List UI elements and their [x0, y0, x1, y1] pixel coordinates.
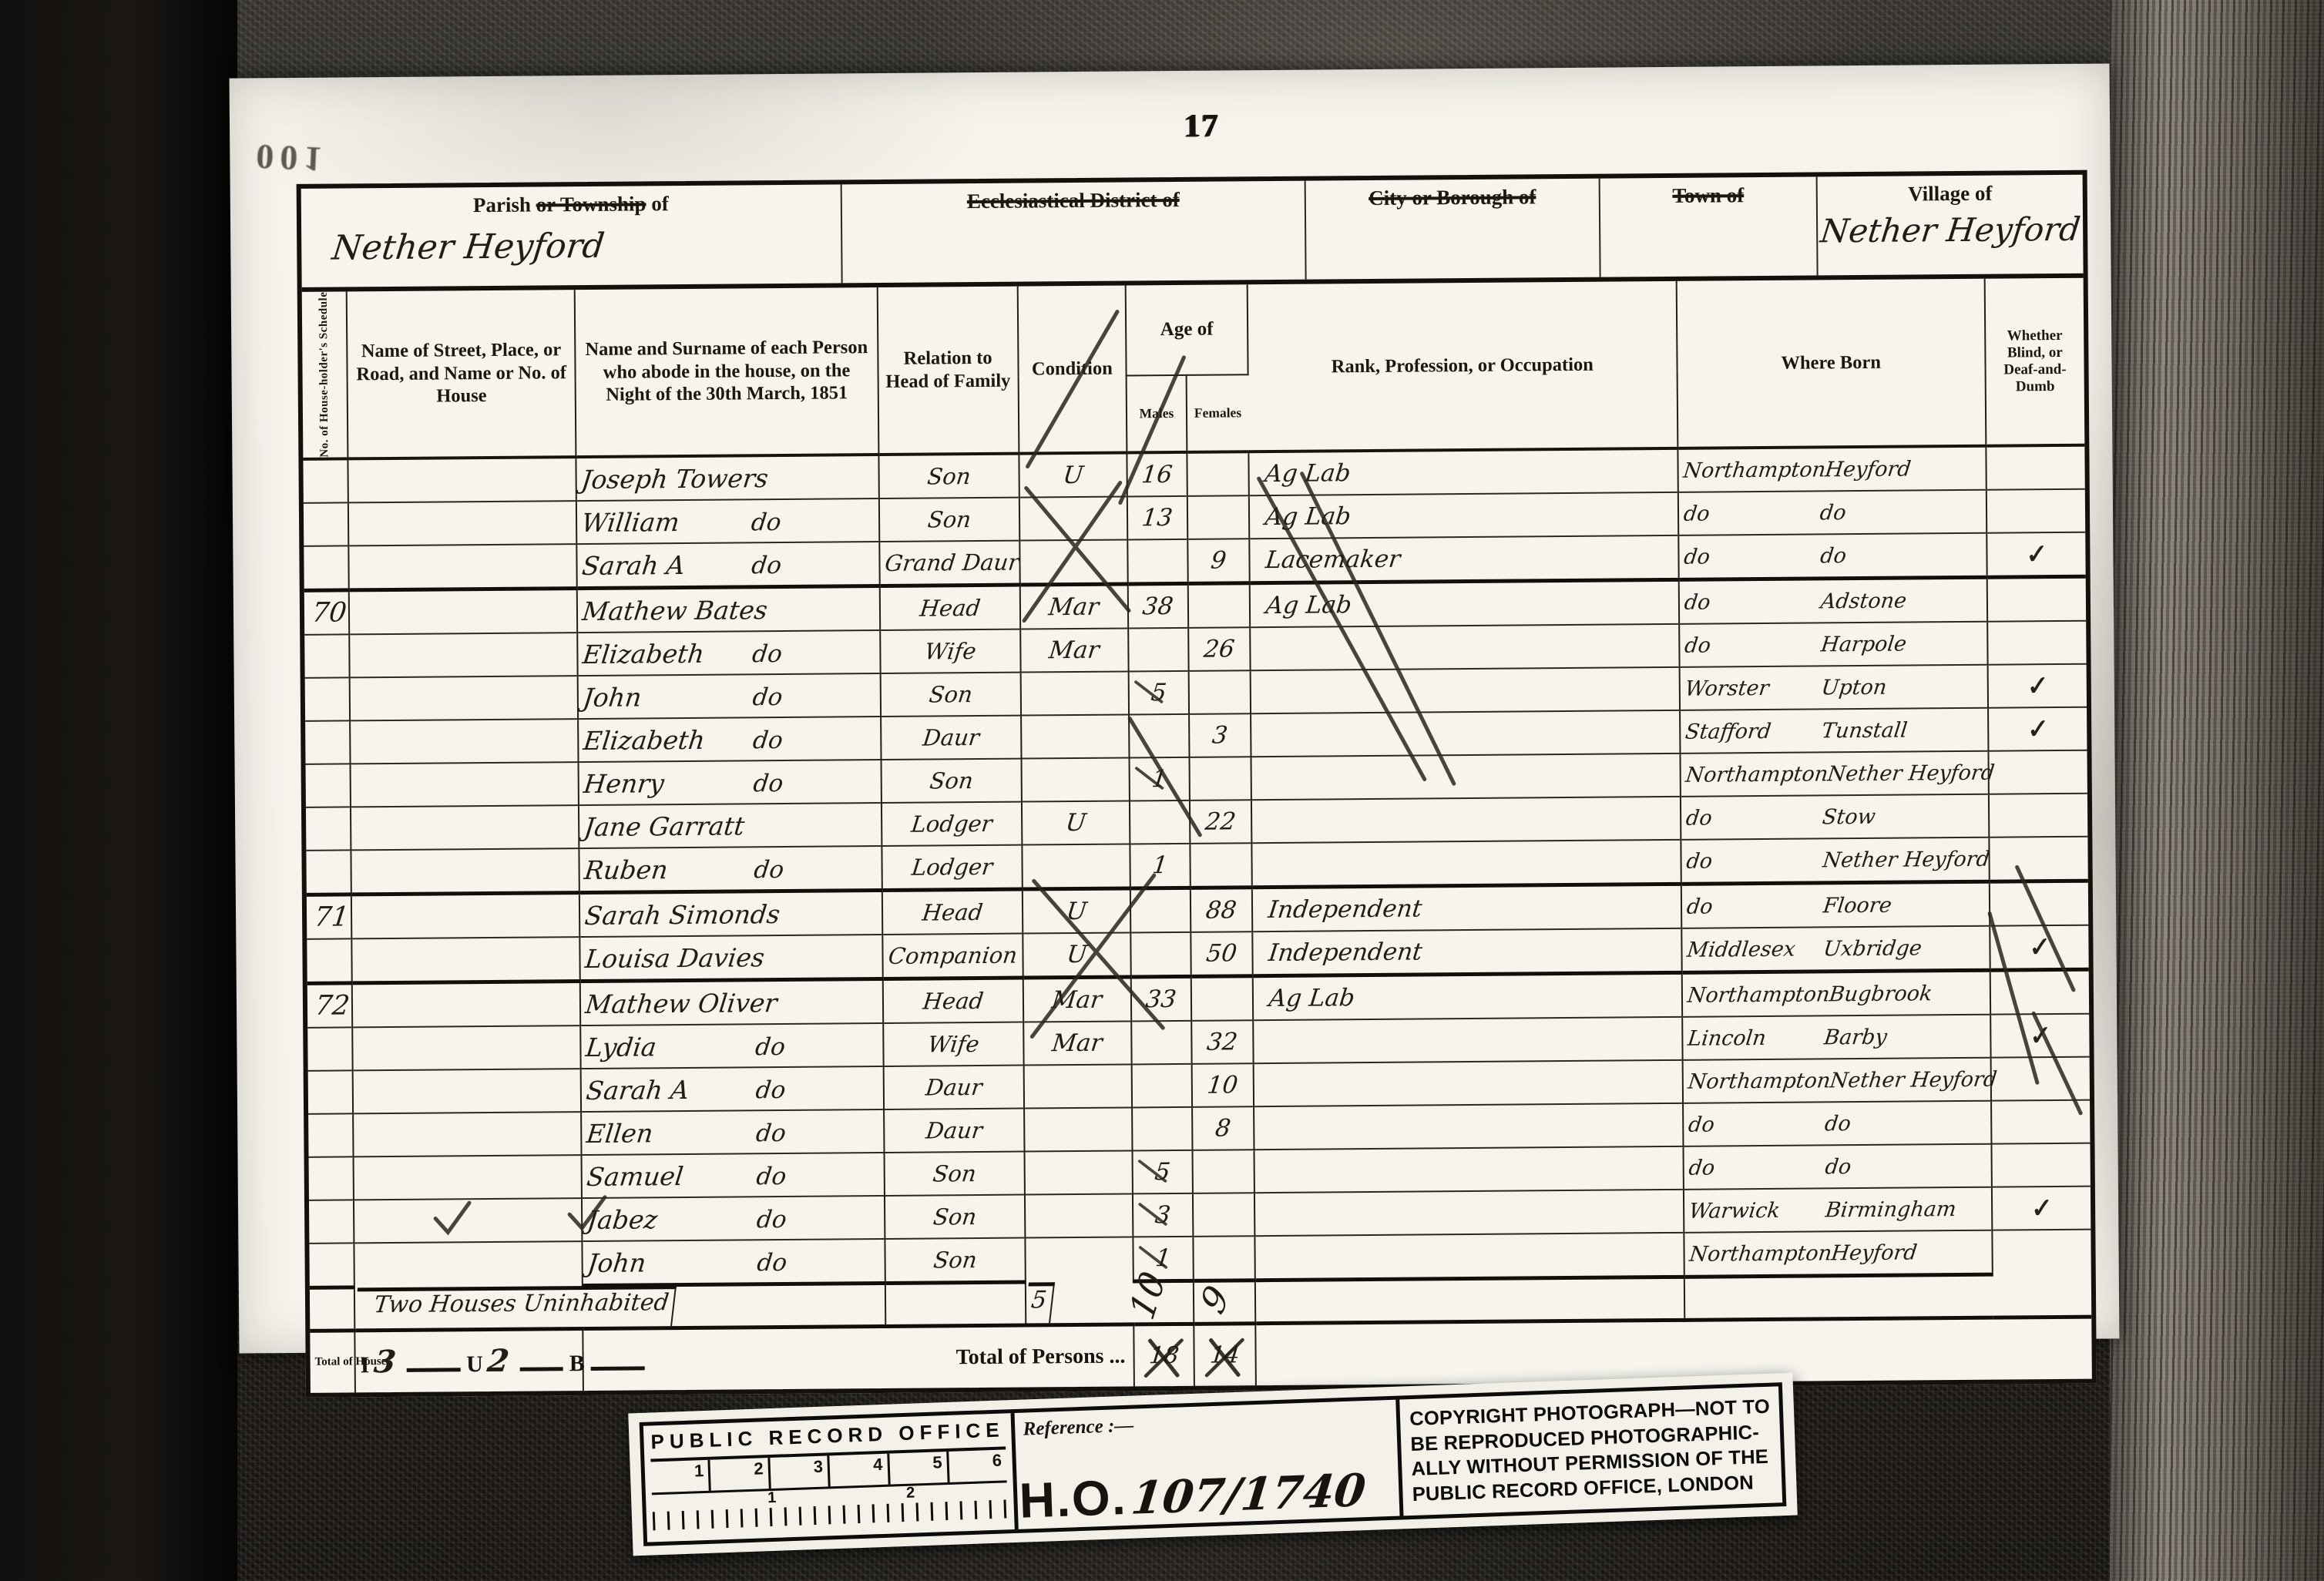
cell-name: Rubendo: [579, 846, 882, 893]
cell-blind: [1986, 445, 2085, 490]
cell-blind: ✓: [1992, 1187, 2091, 1230]
cell-age-males: [1132, 1107, 1193, 1151]
cell-condition: [1024, 1107, 1133, 1151]
inhabited-letter: I: [361, 1352, 370, 1378]
cell-schedule: [309, 1243, 354, 1287]
cell-occupation: [1251, 754, 1681, 800]
cell-street: [348, 501, 577, 545]
cell-street: [348, 457, 576, 502]
cell-name: Mathew Oliver: [580, 979, 883, 1026]
cell-blind: ✓: [1990, 1014, 2090, 1058]
cell-age-females: [1188, 583, 1251, 628]
reference-number: 107/1740: [1129, 1463, 1369, 1524]
parish-value: Nether Heyford: [299, 224, 843, 268]
cell-age-females: 22: [1190, 800, 1252, 844]
cell-relation: Son: [880, 673, 1021, 717]
cell-age-males: [1131, 1021, 1192, 1065]
cell-schedule: [304, 502, 348, 545]
ruler-inch-number: 6: [949, 1449, 1007, 1482]
cell-age-females: [1189, 757, 1251, 801]
cell-condition: U: [1023, 932, 1131, 978]
cell-occupation: Lacemaker: [1249, 535, 1678, 583]
cell-born: NorthamptonHeyford: [1678, 446, 1986, 492]
cell-age-females: [1187, 451, 1249, 496]
cell-condition: [1022, 844, 1130, 889]
cell-age-females: [1193, 1193, 1255, 1237]
uninhabited-blank: [520, 1344, 563, 1371]
cell-occupation: [1254, 1190, 1684, 1236]
cell-schedule: [308, 1070, 353, 1113]
cell-relation: Head: [882, 889, 1023, 935]
form-header-band: Parish or Township of Nether Heyford Ecc…: [301, 175, 2084, 292]
cell-born: doStow: [1680, 794, 1989, 840]
inhabited-blank: [406, 1344, 460, 1372]
col-header-blind: Whether Blind, or Deaf-and-Dumb: [1984, 278, 2084, 446]
cell-name: Elizabethdo: [578, 717, 881, 762]
cell-street: [350, 719, 579, 764]
cell-relation: Son: [885, 1195, 1026, 1239]
cell-blind: ✓: [1990, 925, 2089, 971]
cell-schedule: [304, 634, 349, 677]
cell-males: 5: [1024, 1282, 1055, 1323]
cell-relation: Son: [881, 759, 1022, 803]
cell-relation: Wife: [883, 1022, 1024, 1066]
cell-condition: U: [1019, 452, 1127, 497]
cell-age-males: 5: [1132, 1150, 1193, 1194]
cell-relation: Lodger: [882, 845, 1023, 891]
cell-born: NorthamptonNether Heyford: [1680, 751, 1989, 797]
cell-condition: U: [1022, 801, 1130, 844]
cell-born: dodo: [1683, 1101, 1992, 1146]
cell-occupation: [1251, 710, 1680, 757]
cell-schedule: [305, 677, 350, 720]
cell-condition: [1023, 1064, 1132, 1108]
reference-value: H.O.107/1740: [1019, 1460, 1367, 1529]
cell-relation: Daur: [884, 1109, 1025, 1153]
cell-schedule: [309, 1200, 354, 1243]
cell-occupation: Ag Lab: [1250, 579, 1679, 627]
ruler-lower-number: 2: [906, 1485, 915, 1502]
census-page-sheet: 001 17 Parish or Township of Nether Heyf…: [230, 63, 2120, 1353]
cell-blind: [1988, 750, 2087, 794]
check-mark: ✓: [2027, 713, 2049, 746]
cell-name: Sarah Ado: [577, 542, 880, 589]
ruler-inch-number: 1: [650, 1460, 711, 1493]
cell-age-males: [1129, 714, 1190, 758]
cell-blind: [1987, 576, 2087, 622]
cell-street: [351, 893, 580, 939]
cell-condition: U: [1023, 888, 1131, 934]
cell-blind: [1987, 621, 2087, 665]
cell-schedule: [309, 1156, 354, 1200]
check-mark: ✓: [2029, 931, 2050, 964]
cell-relation: Son: [878, 454, 1019, 498]
cell-name: Williamdo: [576, 498, 879, 544]
cell-relation: Lodger: [882, 802, 1023, 846]
cell-condition: Mar: [1023, 977, 1132, 1022]
cell-street: [352, 982, 581, 1028]
cell-street: [351, 805, 579, 850]
cell-born: NorthamptonHeyford: [1684, 1230, 1993, 1277]
cell-relation: Son: [884, 1152, 1025, 1196]
cell-blind: [1991, 1100, 2091, 1144]
cell-occupation: [1254, 1146, 1684, 1193]
cell-name: Jane Garratt: [579, 803, 882, 848]
cell-born: [1255, 1277, 1684, 1323]
cell-relation: Head: [879, 585, 1020, 630]
census-form: Parish or Township of Nether Heyford Ecc…: [297, 170, 2097, 1398]
ruler-inch-number: 5: [889, 1452, 950, 1485]
field-parish: Parish or Township of Nether Heyford: [301, 184, 843, 287]
ruler-lower-number: 1: [767, 1489, 777, 1507]
reference-prefix: H.O.: [1019, 1469, 1128, 1528]
cell-condition: [1021, 714, 1130, 758]
cell-street: [354, 1241, 583, 1287]
field-town: Town of: [1600, 176, 1819, 277]
cell-relation: Head: [882, 978, 1023, 1023]
cell-condition: Mar: [1023, 1021, 1132, 1065]
cell-relation: Wife: [880, 629, 1021, 673]
cell-age-females: [1191, 976, 1254, 1021]
cell-occupation: [1251, 667, 1680, 713]
total-houses-values: I3U2B: [354, 1328, 583, 1392]
cell-born: LincolnBarby: [1682, 1015, 1991, 1060]
cell-street: [351, 848, 579, 895]
cell-schedule: [306, 807, 351, 850]
cell-street: [354, 1198, 583, 1243]
cell-schedule: 72: [307, 983, 352, 1028]
cell-blind: [1990, 969, 2090, 1015]
cell-street: [350, 676, 579, 720]
cell-schedule: [304, 545, 348, 590]
cell-schedule: [307, 1027, 352, 1070]
cell-occupation: [1254, 1233, 1684, 1281]
ruler-inch-number: 4: [829, 1454, 890, 1487]
cell-age-males: [1132, 1064, 1193, 1108]
cell-occupation: Ag Lab: [1253, 972, 1682, 1020]
check-mark: ✓: [2031, 1192, 2053, 1225]
cell-name: Louisa Davies: [580, 935, 883, 982]
reference-label: Reference :—: [1023, 1406, 1389, 1441]
cell-occupation: Ag Lab: [1249, 492, 1678, 539]
cell-age-females: [1192, 1150, 1254, 1193]
cell-street: [349, 589, 578, 635]
cell-born: doFloore: [1681, 881, 1990, 928]
cell-blind: [1989, 794, 2088, 837]
cell-age-females: 88: [1191, 888, 1253, 932]
cell-name: Mathew Bates: [577, 586, 880, 633]
cell-blind: [1991, 1143, 2091, 1187]
totals-empty: [1255, 1317, 2092, 1385]
col-header-schedule: No. of House-holder's Schedule: [302, 291, 348, 458]
cell-born: dodo: [1683, 1144, 1992, 1190]
town-label: Town of: [1600, 183, 1816, 208]
cell-age-males: 1: [1129, 757, 1190, 801]
col-header-occupation: Rank, Profession, or Occupation: [1248, 281, 1678, 451]
col-header-females: Females: [1187, 375, 1249, 452]
cell-occupation: [1250, 624, 1679, 670]
cell-age-males: [1130, 932, 1191, 977]
cell-blind: [1989, 837, 2088, 882]
col-header-name: Name and Surname of each Person who abod…: [575, 287, 878, 457]
cell-condition: [1025, 1237, 1133, 1282]
total-houses-label: Total of Houses: [310, 1330, 355, 1392]
cell-name: Johndo: [583, 1239, 885, 1286]
cell-street: [351, 762, 579, 807]
pro-reference-box: Reference :— H.O.107/1740: [1015, 1399, 1404, 1529]
city-label: City or Borough of: [1306, 185, 1599, 211]
cell-name: Lydiado: [581, 1023, 884, 1069]
cell-relation: Daur: [881, 716, 1022, 760]
cell-relation: Companion: [882, 934, 1023, 979]
check-mark: ✓: [2030, 1019, 2051, 1052]
cell-born: doNether Heyford: [1681, 837, 1990, 884]
total-persons-label: Total of Persons ...: [583, 1324, 1134, 1390]
cell-relation: Daur: [883, 1066, 1024, 1109]
cell-occupation: [1253, 1017, 1682, 1063]
cell-age-females: 50: [1191, 931, 1253, 976]
cell-street: [353, 1112, 582, 1156]
cell-occupation: Ag Lab: [1248, 448, 1678, 495]
uninhabited-note: Two Houses Uninhabited: [353, 1285, 677, 1328]
cell-age-males: 1: [1130, 844, 1191, 888]
cell-schedule: [305, 720, 350, 764]
cell-age-males: [1128, 628, 1189, 672]
cell-age-females: [1190, 843, 1252, 888]
cell-condition: [1020, 671, 1129, 715]
cell-occupation: [1251, 840, 1681, 888]
cell-age-males: [1130, 888, 1191, 932]
cell-born: MiddlesexUxbridge: [1681, 926, 1990, 973]
cell-condition: [1024, 1150, 1133, 1194]
pro-ruler: PUBLIC RECORD OFFICE 123456 12: [643, 1413, 1019, 1542]
cell-blind: [1990, 881, 2089, 926]
census-rows: Joseph TowersSonU16Ag LabNorthamptonHeyf…: [303, 445, 2091, 1288]
uninhabited-value: 2: [485, 1343, 511, 1379]
cell-age-males: 5: [1129, 671, 1190, 715]
col-header-age: Age of: [1126, 284, 1248, 376]
cell-schedule: 70: [304, 590, 349, 635]
cell-born: doAdstone: [1678, 577, 1987, 624]
cell-occupation: Independent: [1252, 928, 1681, 976]
field-district: Ecclesiastical District of: [842, 181, 1307, 284]
cell-condition: Mar: [1020, 628, 1129, 672]
totals-row: Total of Houses I3U2B Total of Persons .…: [310, 1317, 2092, 1393]
cell-age-females: 9: [1187, 539, 1250, 583]
cell-condition: [885, 1282, 1026, 1326]
cell-born: NorthamptonNether Heyford: [1682, 1058, 1991, 1103]
cell-age-females: 8: [1192, 1106, 1254, 1150]
building-letter: B: [569, 1351, 585, 1376]
col-header-born: Where Born: [1676, 279, 1986, 448]
cell-blind: ✓: [1986, 532, 2086, 578]
photo-grain-right-band: [2110, 0, 2324, 1581]
corner-stamp: 001: [255, 136, 328, 180]
pro-label-strip: PUBLIC RECORD OFFICE 123456 12 Reference…: [628, 1373, 1798, 1556]
cell-name: Elizabethdo: [578, 630, 881, 676]
cell-name: Jabezdo: [582, 1196, 885, 1241]
ruler-inch-number: 3: [770, 1455, 831, 1489]
cell-born: NorthamptonBugbrook: [1681, 970, 1990, 1017]
cell-name: Johndo: [578, 673, 881, 719]
cell-relation: Son: [885, 1238, 1026, 1284]
cell-age-males: 13: [1127, 496, 1187, 540]
village-label: Village of: [1818, 181, 2083, 207]
cell-street: [354, 1155, 583, 1200]
page-number: 17: [1184, 108, 1219, 145]
cell-born: WarwickBirmingham: [1683, 1187, 1992, 1233]
cell-occupation: [1254, 1060, 1683, 1106]
total-females: 14: [1194, 1323, 1256, 1385]
cell-name: Sarah Ado: [581, 1066, 884, 1112]
col-header-males: Males: [1126, 375, 1187, 452]
cell-age-males: 3: [1133, 1193, 1194, 1237]
cell-age-males: [1127, 539, 1188, 584]
cell-age-females: [1193, 1236, 1255, 1281]
cell-age-females: 3: [1189, 713, 1251, 757]
cell-born: StaffordTunstall: [1680, 708, 1989, 754]
cell-age-females: 26: [1188, 627, 1251, 671]
cell-age-males: 33: [1131, 976, 1192, 1021]
cell-schedule: [303, 458, 348, 502]
inhabited-value: 3: [372, 1344, 398, 1380]
cell-age-males: 38: [1128, 583, 1189, 628]
cell-born: dodo: [1678, 490, 1986, 535]
cell-relation: Grand Daur: [879, 541, 1020, 586]
cell-name: Henrydo: [579, 760, 882, 805]
cell-born: WorsterUpton: [1679, 665, 1988, 710]
cell-schedule: [308, 1113, 353, 1156]
cell-condition: [1021, 757, 1130, 801]
cell-blind: ✓: [1988, 707, 2087, 751]
cell-age-females: [1189, 670, 1251, 714]
cell-blind: [1684, 1274, 1993, 1320]
village-value: Nether Heyford: [1815, 210, 2085, 250]
cell-name: Samueldo: [582, 1153, 885, 1198]
cell-street: [351, 937, 580, 983]
cell-name: Sarah Simonds: [579, 891, 882, 938]
ruler-inch-number: 2: [710, 1458, 771, 1491]
cell-street: [348, 544, 577, 590]
cell-age-females: 32: [1191, 1020, 1254, 1064]
total-males: 18: [1133, 1324, 1194, 1386]
cell-relation: Son: [878, 498, 1019, 542]
cell-name: Ellendo: [581, 1109, 884, 1155]
cell-age-females: 10: [1192, 1063, 1254, 1107]
field-city: City or Borough of: [1306, 179, 1601, 280]
cell-street: [353, 1069, 582, 1113]
cell-blind: [1986, 489, 2086, 533]
cell-blind: [1992, 1230, 2091, 1275]
parish-label: Parish or Township of: [301, 190, 841, 218]
pro-copyright-box: COPYRIGHT PHOTOGRAPH—NOT TOBE REPRODUCED…: [1399, 1386, 1782, 1516]
district-label: Ecclesiastical District of: [842, 187, 1305, 215]
cell-schedule: [306, 850, 351, 895]
cell-occupation: Independent: [1252, 884, 1681, 931]
building-blank: [591, 1343, 645, 1371]
cell-age-females: [1187, 495, 1250, 539]
cell-age-males: [1130, 801, 1191, 844]
cell-condition: Mar: [1020, 584, 1129, 629]
cell-blind: [1990, 1057, 2090, 1101]
cell-born: doHarpole: [1679, 622, 1988, 667]
cell-condition: [1019, 496, 1128, 540]
cell-occupation: [1254, 1103, 1683, 1150]
census-table: No. of House-holder's Schedule Name of S…: [302, 278, 2092, 1393]
check-mark: ✓: [2027, 670, 2048, 703]
cell-condition: [1025, 1193, 1133, 1237]
cell-schedule: [310, 1287, 354, 1331]
census-photograph: 001 17 Parish or Township of Nether Heyf…: [0, 0, 2324, 1581]
cell-name: Joseph Towers: [576, 455, 879, 501]
field-village: Village of Nether Heyford: [1818, 175, 2084, 276]
col-header-condition: Condition: [1017, 285, 1127, 453]
cell-born: dodo: [1678, 533, 1987, 580]
photo-dark-left-band: [0, 0, 237, 1581]
cell-street: [352, 1025, 581, 1070]
cell-schedule: 71: [307, 895, 351, 939]
cell-condition: [1019, 539, 1128, 585]
cell-occupation: [1251, 797, 1681, 843]
cell-age-males: 16: [1127, 452, 1187, 497]
check-mark: ✓: [2026, 538, 2047, 571]
uninhabited-letter: U: [466, 1351, 483, 1377]
col-header-street: Name of Street, Place, or Road, and Name…: [347, 290, 576, 458]
col-header-relation: Relation to Head of Family: [877, 287, 1019, 455]
cell-street: [349, 633, 578, 677]
cell-schedule: [307, 938, 351, 983]
cell-schedule: [306, 764, 351, 807]
cell-blind: ✓: [1987, 664, 2087, 708]
